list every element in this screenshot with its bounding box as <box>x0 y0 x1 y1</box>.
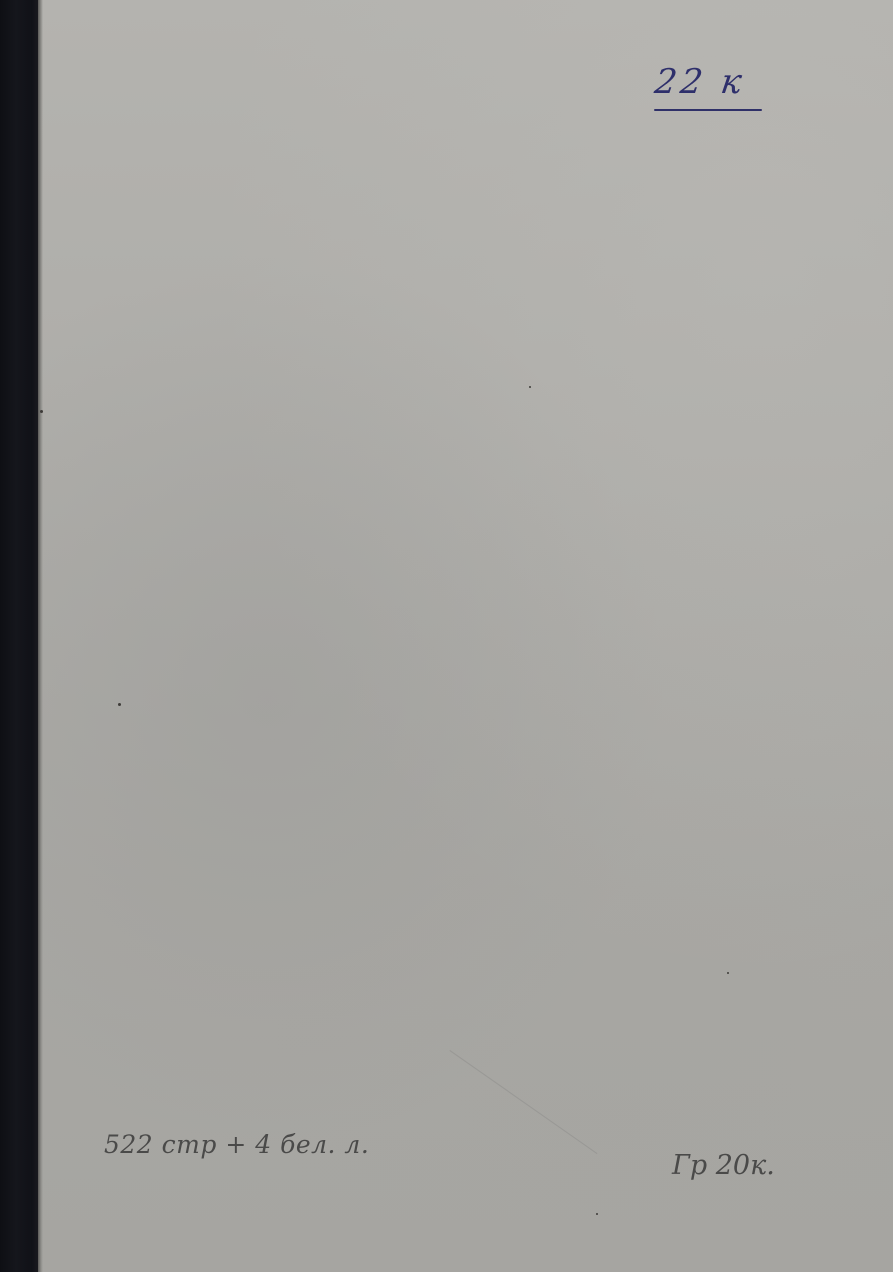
spine-binding <box>0 0 40 1272</box>
paper-speck <box>596 1213 598 1215</box>
paper-speck <box>529 386 531 388</box>
binding-edge <box>38 0 43 1272</box>
paper-speck <box>727 972 729 974</box>
archive-number-underline <box>654 109 762 111</box>
initials-note: Гр 20к. <box>672 1150 775 1181</box>
archive-number: 22 к <box>652 62 768 102</box>
document-cover: 22 к 522 стр + 4 бел. л. Гр 20к. <box>0 0 893 1272</box>
paper-crease <box>369 1050 597 1269</box>
page-count-note: 522 стр + 4 бел. л. <box>104 1130 369 1159</box>
paper-speck <box>118 703 121 706</box>
paper-speck <box>40 410 43 413</box>
